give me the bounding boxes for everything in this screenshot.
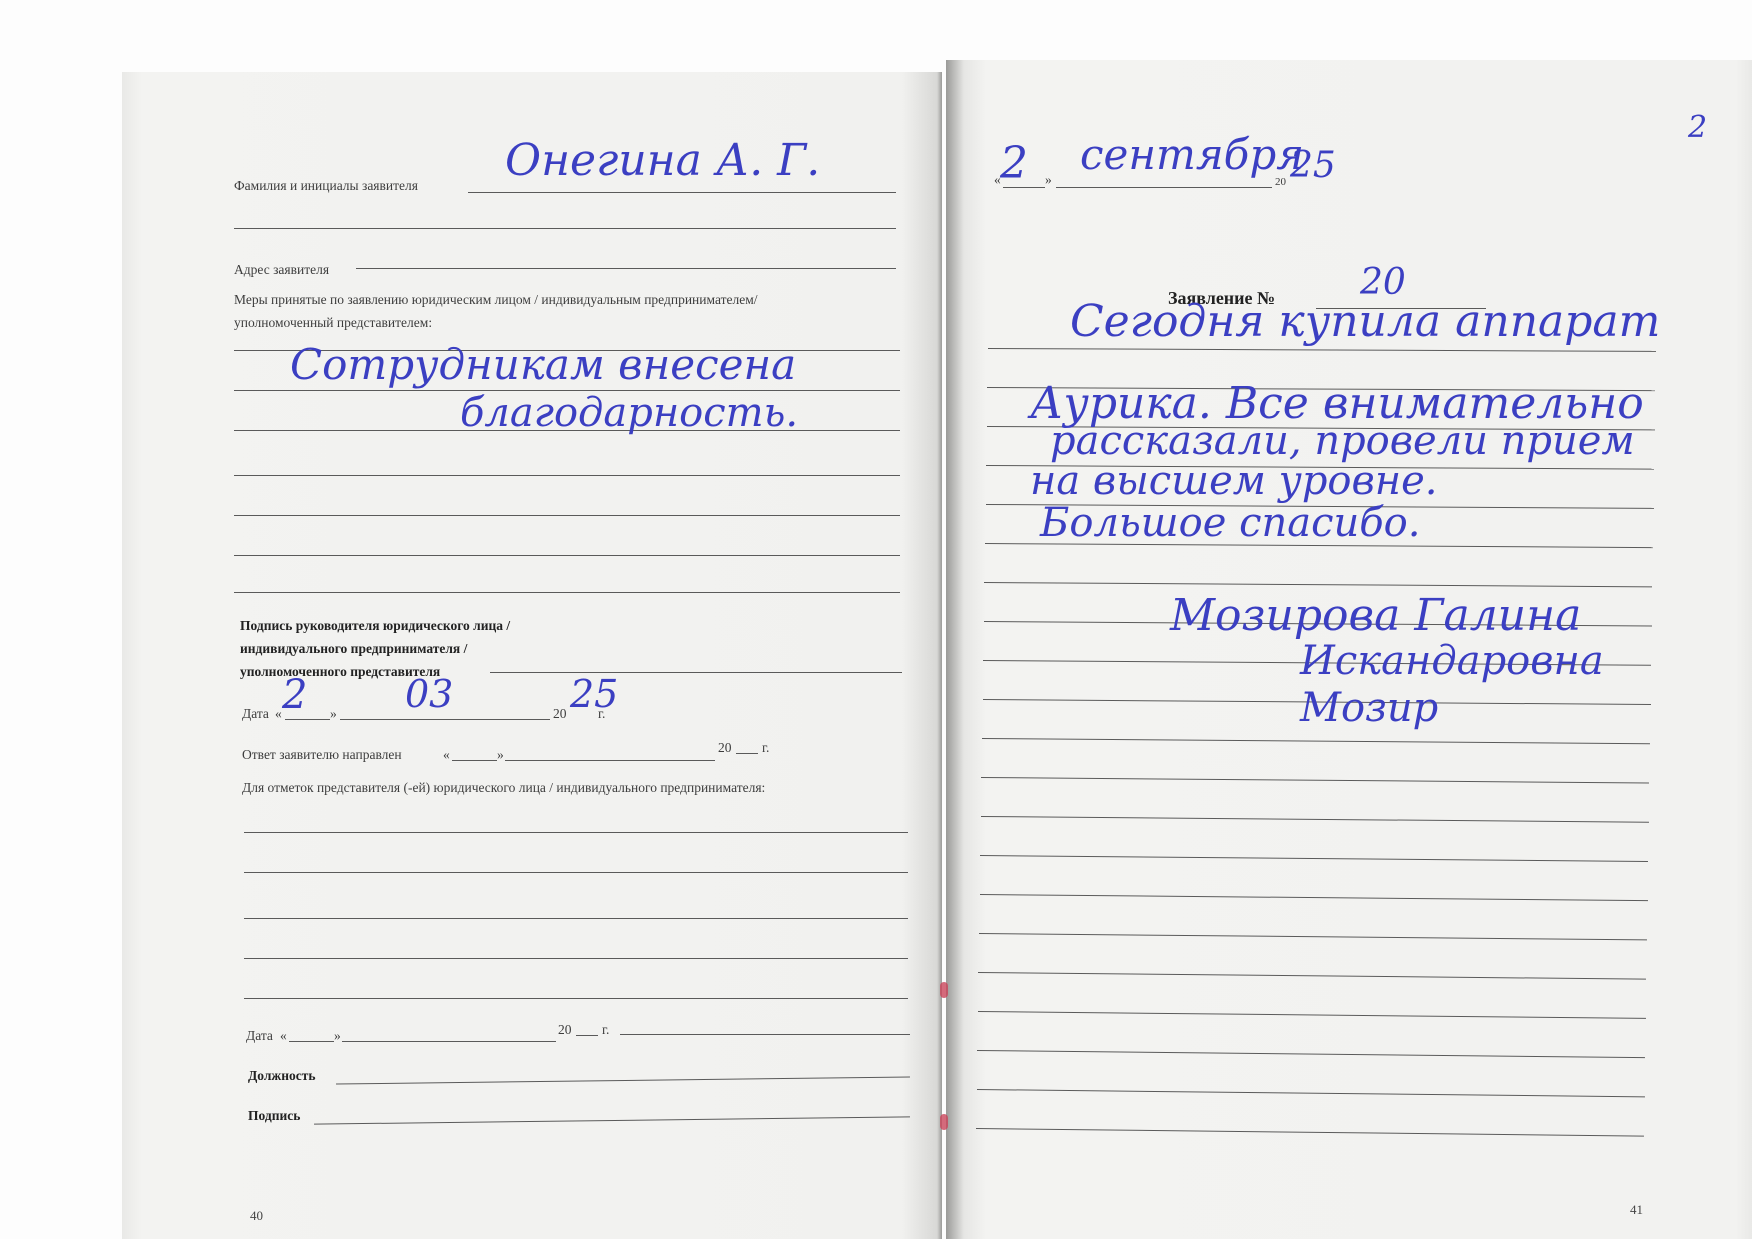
notes-line[interactable] — [244, 872, 908, 873]
reply-month-line[interactable] — [505, 760, 715, 761]
binding-stitch — [940, 1114, 948, 1130]
date-month-line — [340, 719, 550, 720]
applicant-name-line — [468, 192, 896, 193]
date-month-line-right — [1056, 187, 1272, 188]
notes-line[interactable] — [244, 958, 908, 959]
reply-year-prefix: 20 — [718, 740, 732, 756]
applicant-address-label: Адрес заявителя — [234, 262, 329, 278]
binding-stitch — [940, 982, 948, 998]
applicant-name-line-2 — [234, 228, 896, 229]
position-label: Должность — [248, 1068, 316, 1084]
date-year-value[interactable]: 25 — [570, 672, 618, 716]
applicant-address-line[interactable] — [356, 268, 896, 269]
notes-label: Для отметок представителя (-ей) юридичес… — [242, 780, 765, 796]
date-month-value-right[interactable]: сентября — [1080, 130, 1304, 179]
body-line[interactable]: Большое спасибо. — [1040, 500, 1420, 546]
signer-line-1[interactable]: Мозирова Галина — [1170, 590, 1581, 641]
measures-line — [234, 475, 900, 476]
bottom-date-month-line[interactable] — [342, 1041, 556, 1042]
measures-text-1[interactable]: Сотрудникам внесена — [290, 340, 796, 389]
quote-open: « — [280, 1028, 287, 1044]
signer-line-2[interactable]: Искандаровна — [1300, 638, 1604, 684]
page-number-right: 41 — [1630, 1202, 1643, 1218]
measures-line — [234, 555, 900, 556]
signature-label: Подпись — [248, 1108, 300, 1124]
measures-line — [234, 592, 900, 593]
date-month-value[interactable]: 03 — [405, 672, 453, 716]
quote-open: « — [275, 706, 282, 722]
measures-label-2: уполномоченный представителем: — [234, 315, 432, 331]
reply-year-line[interactable] — [736, 753, 758, 754]
bottom-year-prefix: 20 — [558, 1022, 572, 1038]
bottom-extra-line[interactable] — [620, 1034, 910, 1035]
reply-year-suffix: г. — [762, 740, 769, 756]
quote-close: » — [497, 747, 504, 763]
quote-close: » — [330, 706, 337, 722]
signature-line[interactable] — [490, 672, 902, 673]
applicant-name-value[interactable]: Онегина А. Г. — [505, 135, 820, 186]
applicant-name-label: Фамилия и инициалы заявителя — [234, 178, 418, 194]
measures-line — [234, 515, 900, 516]
year-prefix-right: 20 — [1275, 176, 1286, 188]
notes-line[interactable] — [244, 998, 908, 999]
corner-mark: 2 — [1688, 110, 1707, 145]
signature-label-2: индивидуального предпринимателя / — [240, 641, 467, 657]
reply-day-line[interactable] — [452, 760, 497, 761]
bottom-year-suffix: г. — [602, 1022, 609, 1038]
bottom-date-day-line[interactable] — [289, 1041, 334, 1042]
notes-line[interactable] — [244, 918, 908, 919]
year-prefix: 20 — [553, 706, 567, 722]
bottom-date-label: Дата — [246, 1028, 273, 1044]
reply-sent-label: Ответ заявителю направлен — [242, 747, 402, 763]
date-day-line — [285, 719, 330, 720]
date-year-value-right[interactable]: 25 — [1290, 145, 1336, 186]
bottom-year-line[interactable] — [576, 1035, 598, 1036]
signature-scribble[interactable]: Мозир — [1300, 685, 1438, 731]
quote-close: » — [1045, 172, 1052, 188]
page-number-left: 40 — [250, 1208, 263, 1224]
notes-line[interactable] — [244, 832, 908, 833]
quote-close: » — [334, 1028, 341, 1044]
quote-open: « — [443, 747, 450, 763]
date-day-value-right[interactable]: 2 — [1000, 138, 1028, 189]
year-suffix: г. — [598, 706, 605, 722]
measures-text-2[interactable]: благодарность. — [460, 390, 798, 436]
signature-label-1: Подпись руководителя юридического лица / — [240, 618, 510, 634]
body-line[interactable]: Сегодня купила аппарат — [1070, 296, 1660, 347]
date-day-value[interactable]: 2 — [282, 672, 307, 718]
body-line[interactable]: на высшем уровне. — [1030, 458, 1438, 504]
date-label: Дата — [242, 706, 269, 722]
measures-label-1: Меры принятые по заявлению юридическим л… — [234, 292, 758, 308]
